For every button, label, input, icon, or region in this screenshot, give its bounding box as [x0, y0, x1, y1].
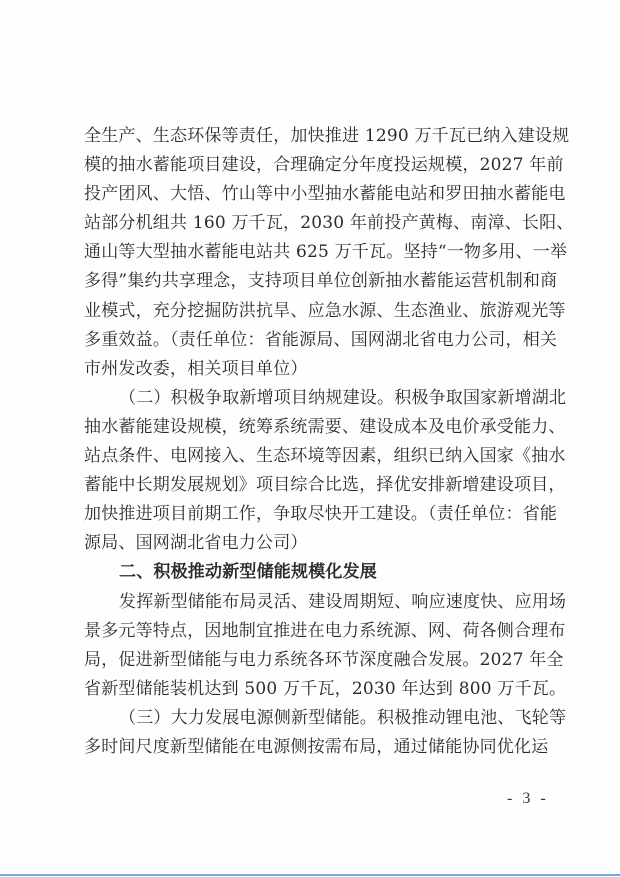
text-line: 市州发改委，相关项目单位） [84, 355, 540, 384]
text-line: 抽水蓄能建设规模，统筹系统需要、建设成本及电价承受能力、 [84, 413, 540, 442]
text-line: 局，促进新型储能与电力系统各环节深度融合发展。2027 年全 [84, 646, 540, 675]
text-line: 加快推进项目前期工作，争取尽快开工建设。（责任单位：省能 [84, 500, 540, 529]
text-line: 省新型储能装机达到 500 万千瓦，2030 年达到 800 万千瓦。 [84, 675, 540, 704]
bottom-divider [0, 874, 620, 876]
text-line: 景多元等特点，因地制宜推进在电力系统源、网、荷各侧合理布 [84, 617, 540, 646]
text-line: 源局、国网湖北省电力公司） [84, 529, 540, 558]
text-line: 全生产、生态环保等责任，加快推进 1290 万千瓦已纳入建设规 [84, 122, 540, 151]
text-line: 多得”集约共享理念，支持项目单位创新抽水蓄能运营机制和商 [84, 267, 540, 296]
page-number: - 3 - [507, 790, 549, 808]
text-line: 模的抽水蓄能项目建设，合理确定分年度投运规模，2027 年前 [84, 151, 540, 180]
text-line: 通山等大型抽水蓄能电站共 625 万千瓦。坚持“一物多用、一举 [84, 238, 540, 267]
text-line: 发挥新型储能布局灵活、建设周期短、响应速度快、应用场 [84, 588, 540, 617]
text-line: 多重效益。（责任单位：省能源局、国网湖北省电力公司，相关 [84, 326, 540, 355]
text-line: （二）积极争取新增项目纳规建设。积极争取国家新增湖北 [84, 384, 540, 413]
section-heading: 二、积极推动新型储能规模化发展 [84, 558, 540, 587]
text-line: 蓄能中长期发展规划》项目综合比选，择优安排新增建设项目， [84, 471, 540, 500]
text-line: 业模式，充分挖掘防洪抗旱、应急水源、生态渔业、旅游观光等 [84, 297, 540, 326]
text-line: 多时间尺度新型储能在电源侧按需布局，通过储能协同优化运 [84, 733, 540, 762]
text-line: （三）大力发展电源侧新型储能。积极推动锂电池、飞轮等 [84, 704, 540, 733]
text-line: 站部分机组共 160 万千瓦，2030 年前投产黄梅、南漳、长阳、 [84, 209, 540, 238]
document-body: 全生产、生态环保等责任，加快推进 1290 万千瓦已纳入建设规模的抽水蓄能项目建… [84, 122, 540, 762]
text-line: 站点条件、电网接入、生态环境等因素，组织已纳入国家《抽水 [84, 442, 540, 471]
text-line: 投产团风、大悟、竹山等中小型抽水蓄能电站和罗田抽水蓄能电 [84, 180, 540, 209]
